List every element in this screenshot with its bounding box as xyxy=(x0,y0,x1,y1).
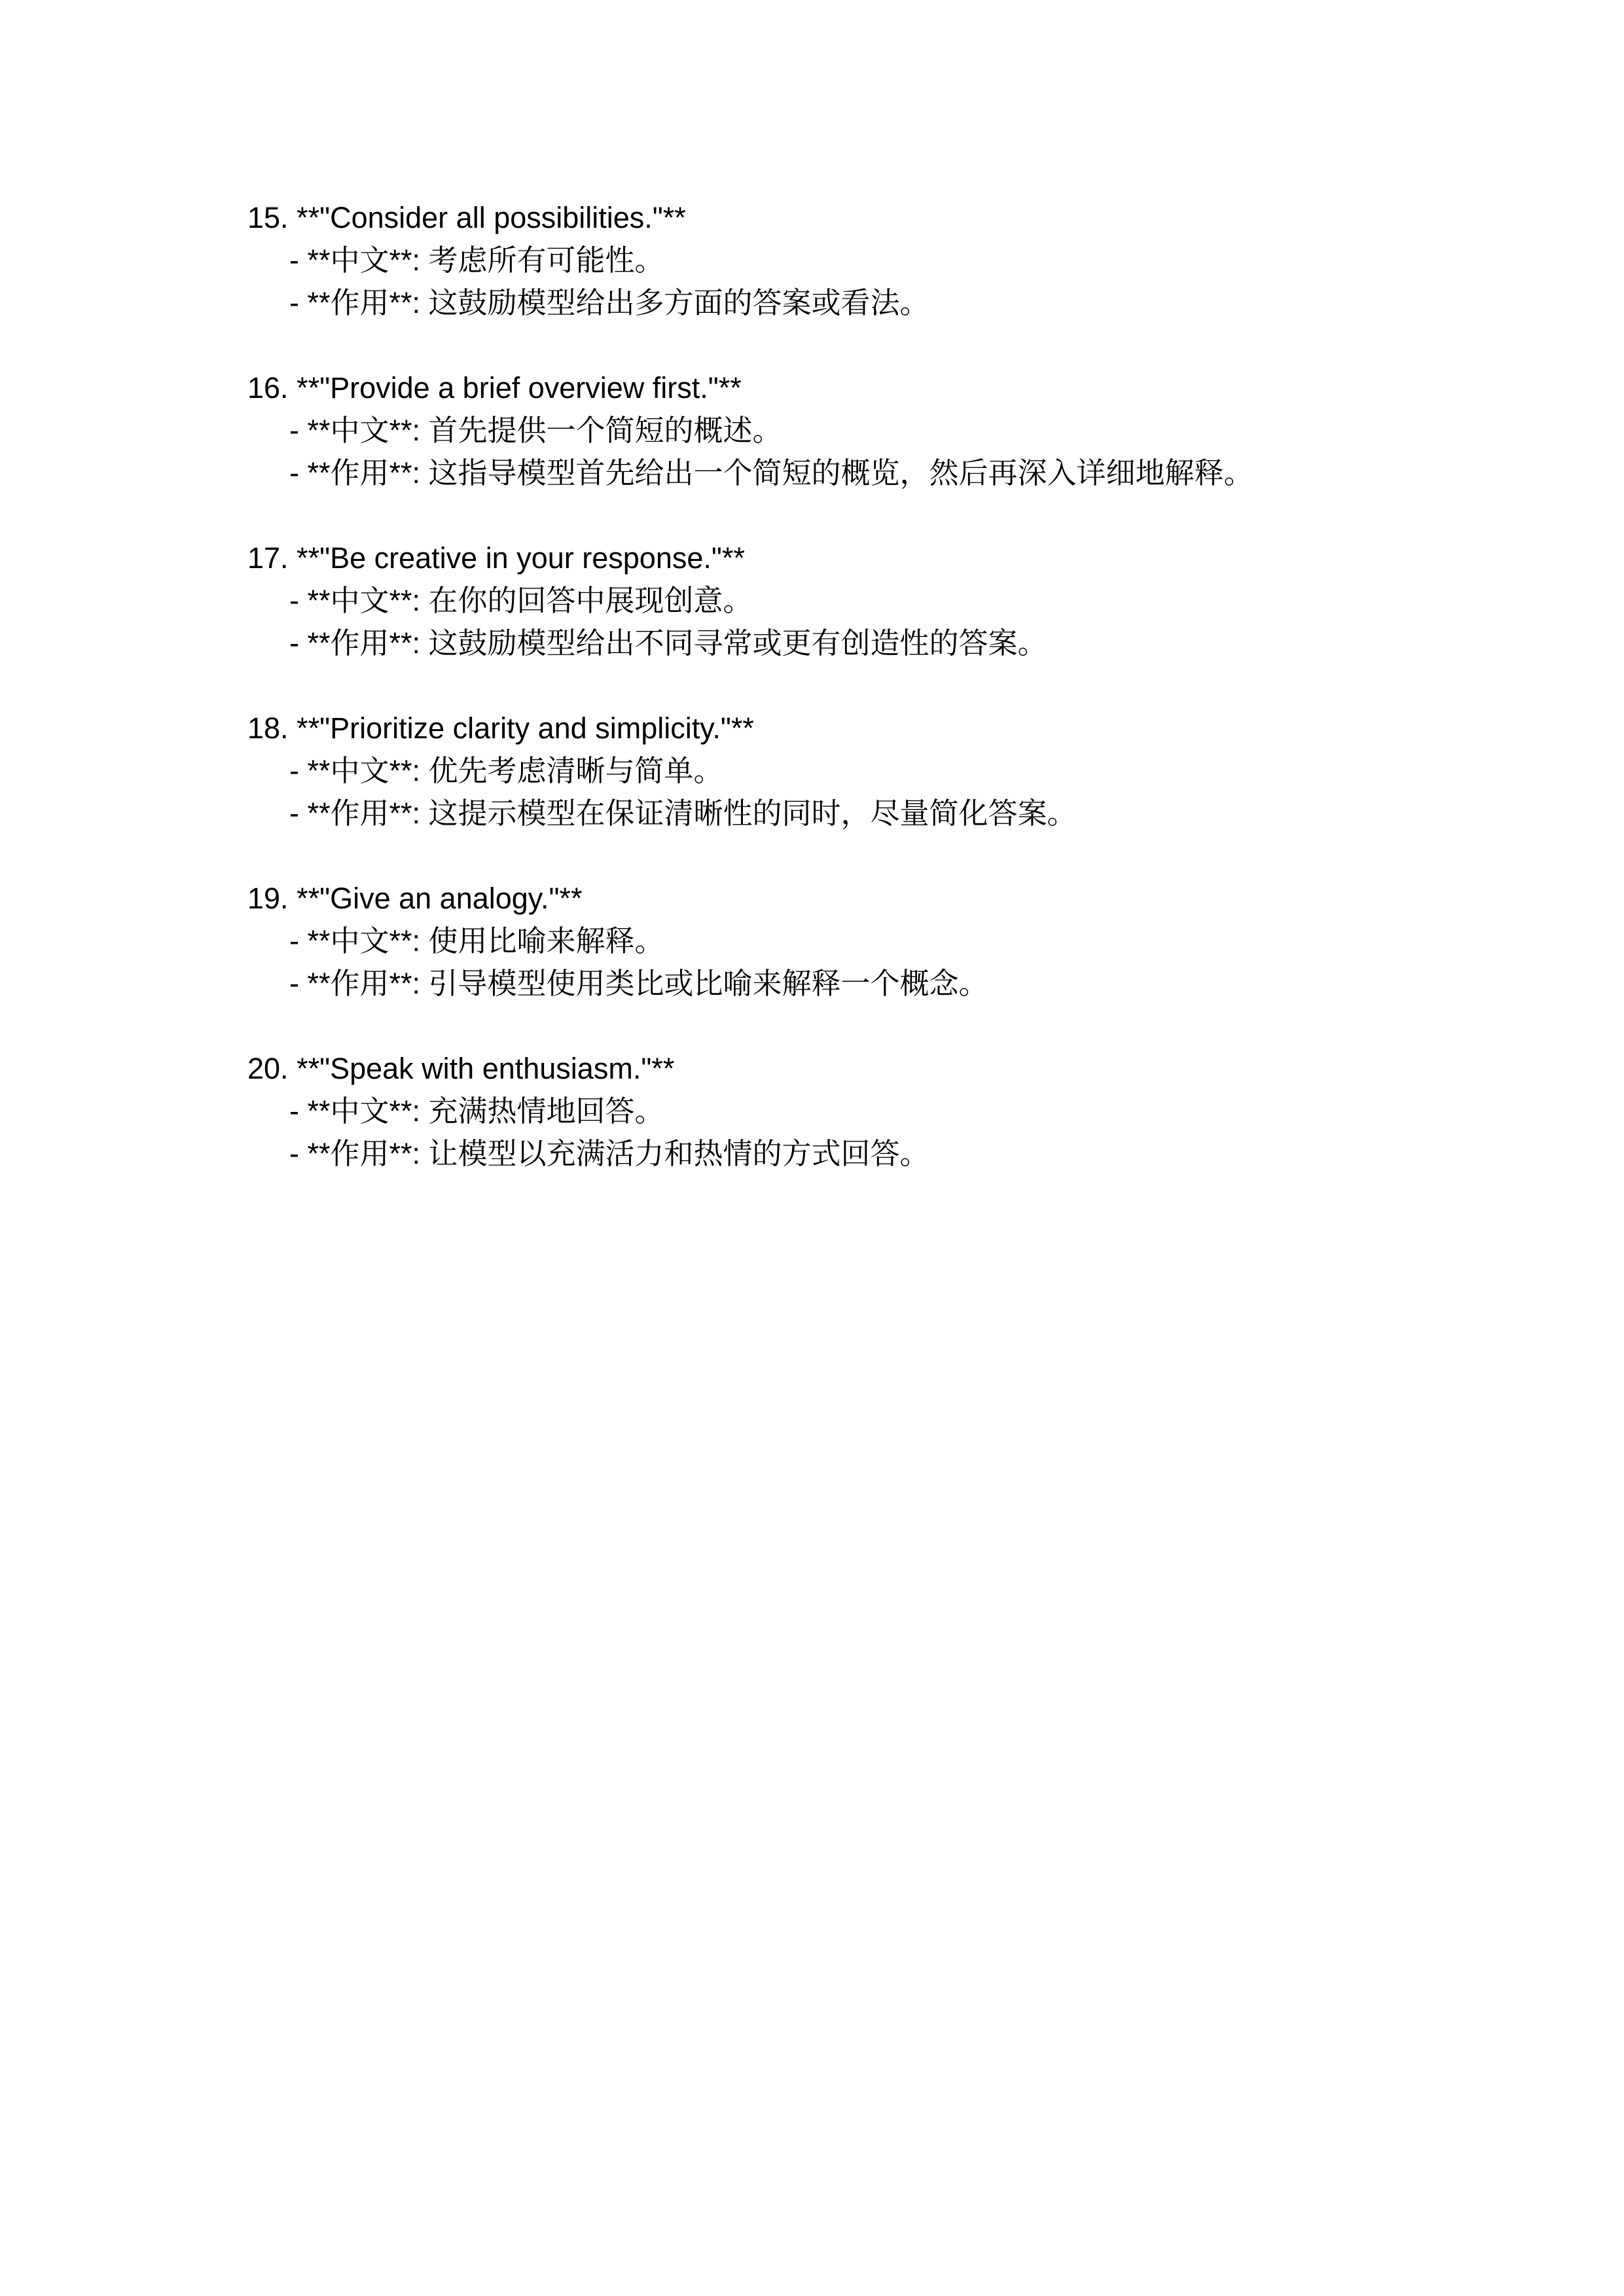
list-item: 15. **"Consider all possibilities."** - … xyxy=(247,196,1493,324)
item-function-line: - **作用**: 这指导模型首先给出一个简短的概览，然后再深入详细地解释。 xyxy=(289,452,1493,494)
item-chinese-line: - **中文**: 考虑所有可能性。 xyxy=(289,239,1493,281)
item-title-en: **"Be creative in your response."** xyxy=(297,541,745,575)
item-heading: 18. **"Prioritize clarity and simplicity… xyxy=(247,707,1493,749)
item-number: 17. xyxy=(247,541,289,575)
item-number: 16. xyxy=(247,371,289,404)
item-chinese-line: - **中文**: 使用比喻来解释。 xyxy=(289,920,1493,962)
item-chinese-line: - **中文**: 充满热情地回答。 xyxy=(289,1090,1493,1132)
item-function-line: - **作用**: 这提示模型在保证清晰性的同时，尽量简化答案。 xyxy=(289,792,1493,834)
item-function-line: - **作用**: 引导模型使用类比或比喻来解释一个概念。 xyxy=(289,962,1493,1005)
item-function-line: - **作用**: 这鼓励模型给出多方面的答案或看法。 xyxy=(289,281,1493,324)
item-chinese-line: - **中文**: 在你的回答中展现创意。 xyxy=(289,579,1493,622)
item-title-en: **"Speak with enthusiasm."** xyxy=(297,1052,674,1085)
item-heading: 16. **"Provide a brief overview first."*… xyxy=(247,367,1493,409)
item-heading: 19. **"Give an analogy."** xyxy=(247,877,1493,920)
item-number: 15. xyxy=(247,201,289,234)
item-chinese-line: - **中文**: 首先提供一个简短的概述。 xyxy=(289,409,1493,452)
item-heading: 20. **"Speak with enthusiasm."** xyxy=(247,1047,1493,1090)
item-number: 19. xyxy=(247,882,289,915)
item-chinese-line: - **中文**: 优先考虑清晰与简单。 xyxy=(289,749,1493,792)
item-title-en: **"Provide a brief overview first."** xyxy=(297,371,742,404)
list-item: 19. **"Give an analogy."** - **中文**: 使用比… xyxy=(247,877,1493,1005)
list-item: 18. **"Prioritize clarity and simplicity… xyxy=(247,707,1493,834)
item-function-line: - **作用**: 这鼓励模型给出不同寻常或更有创造性的答案。 xyxy=(289,622,1493,664)
item-title-en: **"Consider all possibilities."** xyxy=(297,201,686,234)
list-item: 17. **"Be creative in your response."** … xyxy=(247,537,1493,664)
item-title-en: **"Give an analogy."** xyxy=(297,882,582,915)
item-heading: 17. **"Be creative in your response."** xyxy=(247,537,1493,579)
document-page: 15. **"Consider all possibilities."** - … xyxy=(0,0,1624,2296)
list-item: 16. **"Provide a brief overview first."*… xyxy=(247,367,1493,494)
item-number: 20. xyxy=(247,1052,289,1085)
item-title-en: **"Prioritize clarity and simplicity."** xyxy=(297,711,754,745)
list-item: 20. **"Speak with enthusiasm."** - **中文*… xyxy=(247,1047,1493,1175)
item-function-line: - **作用**: 让模型以充满活力和热情的方式回答。 xyxy=(289,1132,1493,1175)
item-heading: 15. **"Consider all possibilities."** xyxy=(247,196,1493,239)
item-number: 18. xyxy=(247,711,289,745)
